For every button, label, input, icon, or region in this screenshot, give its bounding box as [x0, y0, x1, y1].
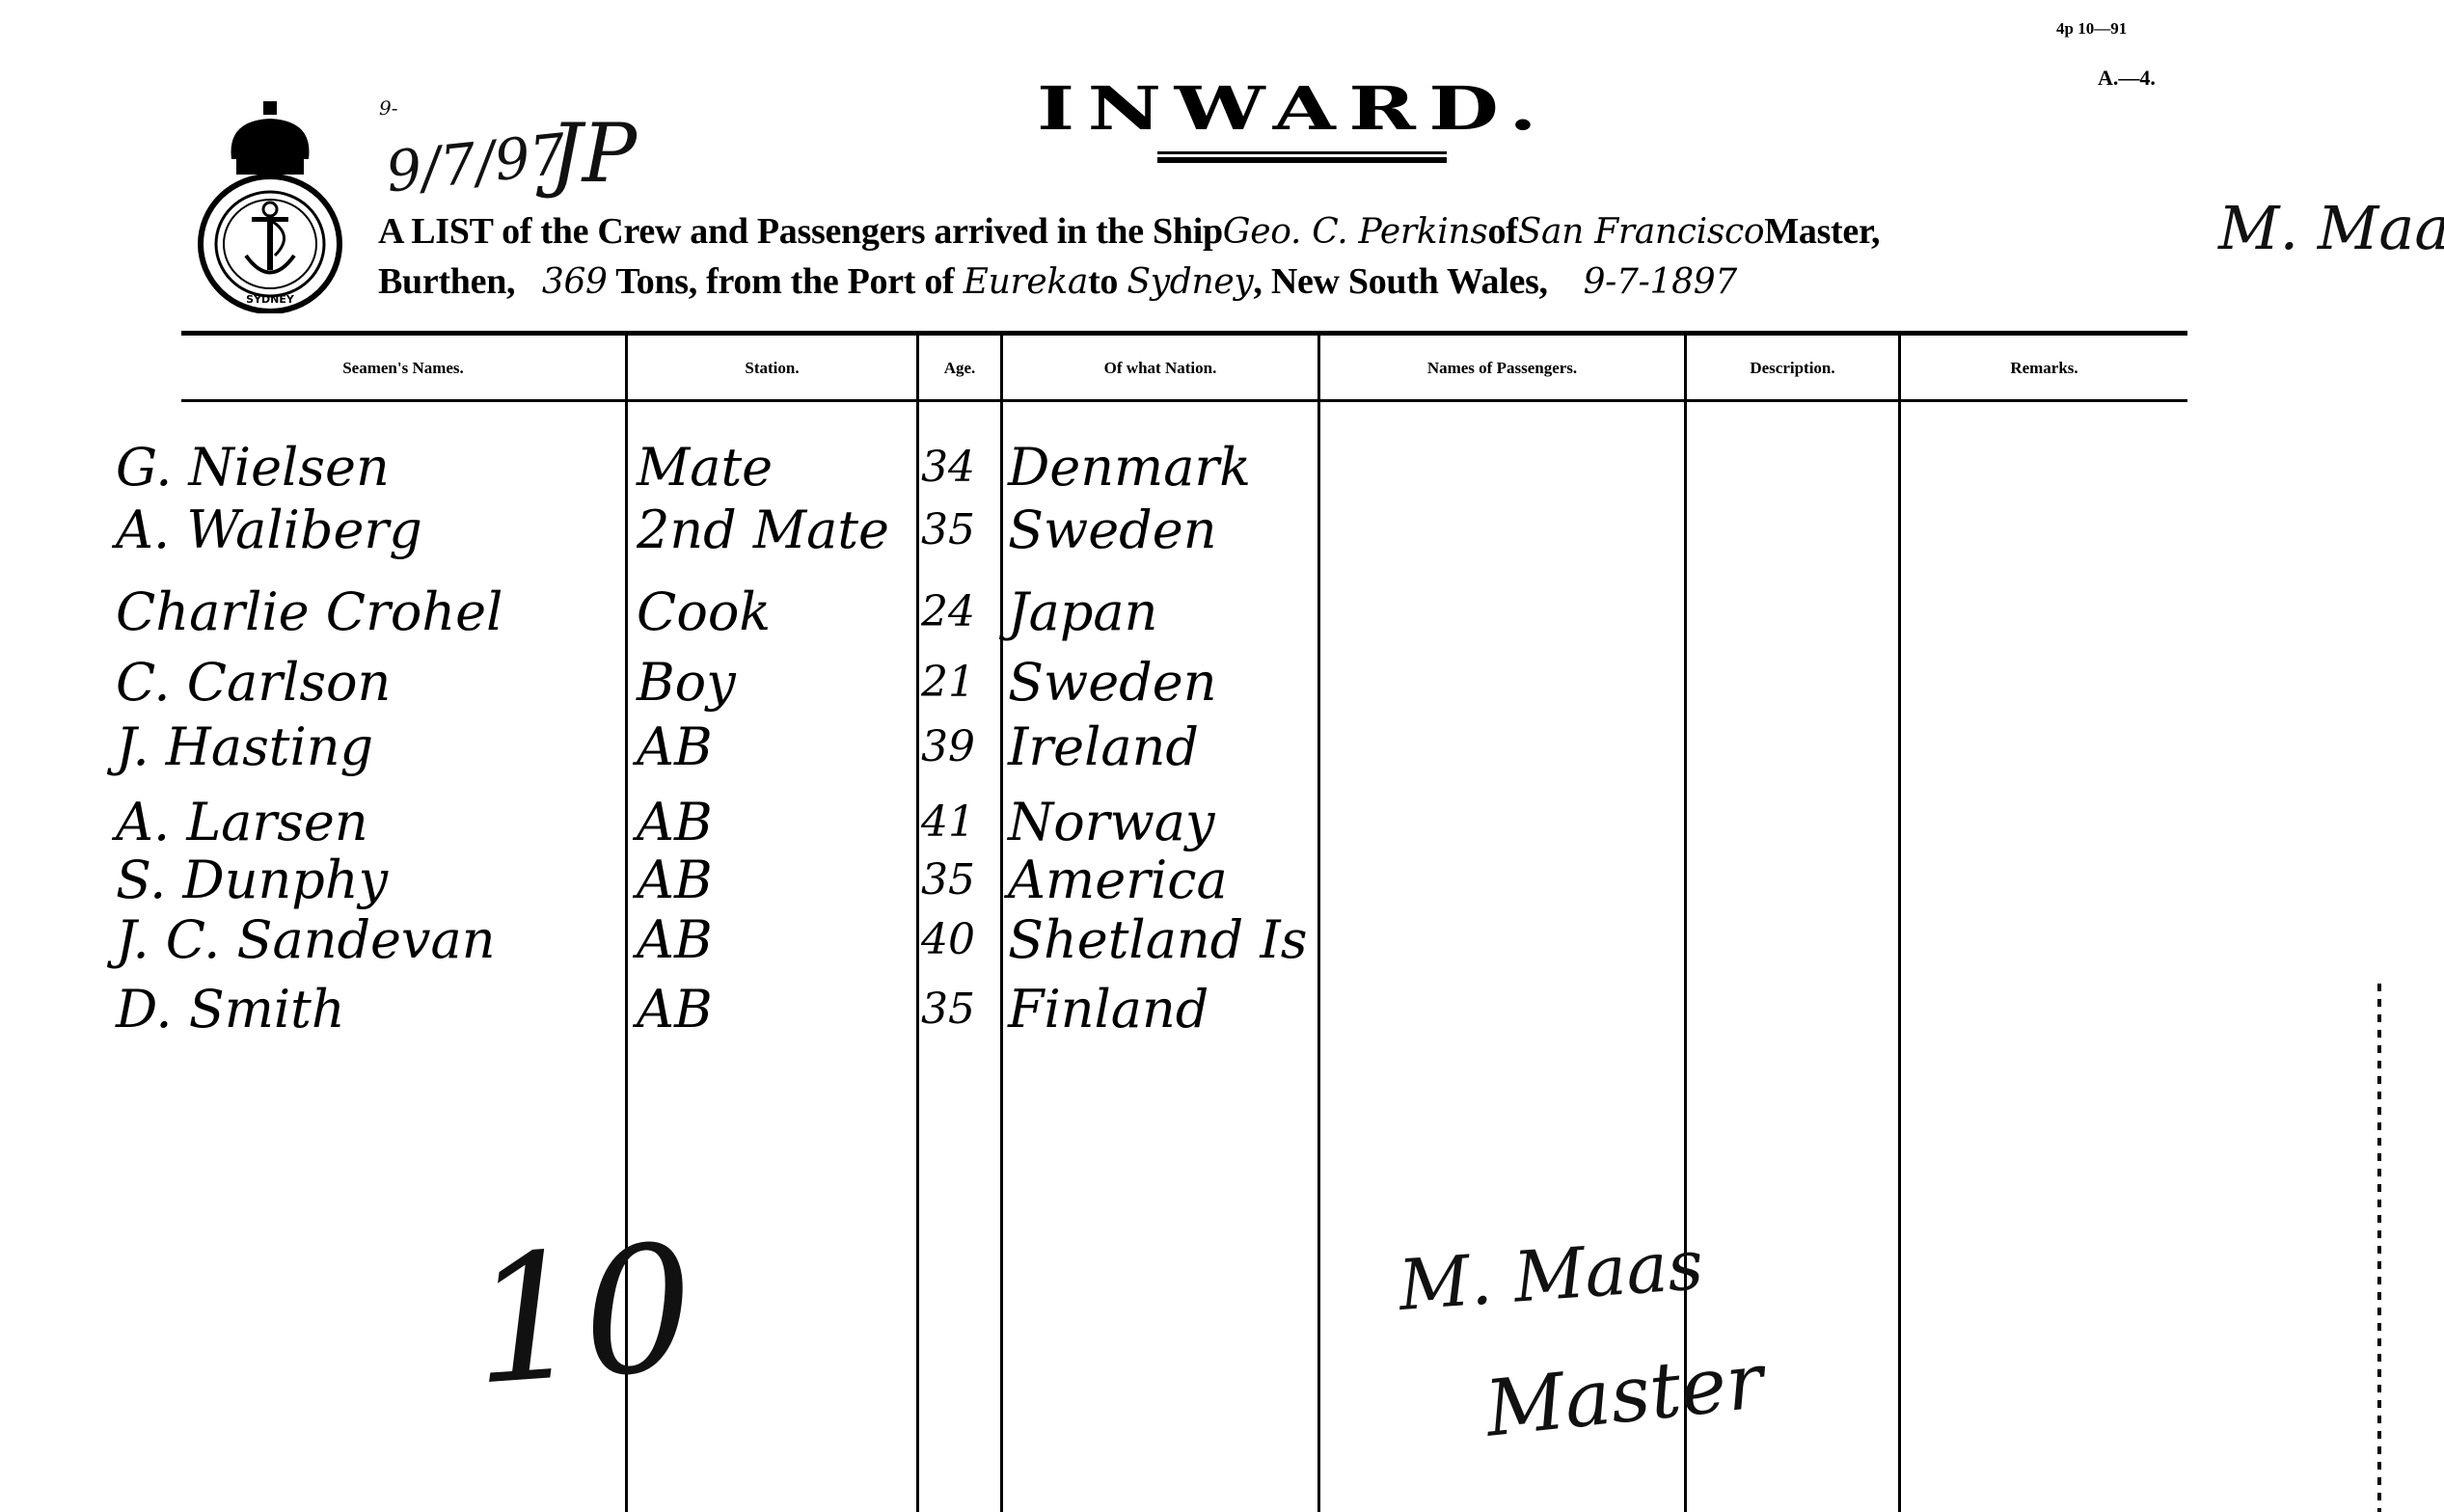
column-header-seamens-names: Seamen's Names. [181, 359, 625, 378]
home-port: San Francisco [1518, 212, 1765, 252]
annotation-date: 9/7/97 [383, 121, 569, 204]
seaman-station: AB [637, 847, 713, 914]
seaman-nation: Japan [1008, 579, 1157, 646]
column-header-age: Age. [919, 359, 1000, 378]
column-header-nation: Of what Nation. [1003, 359, 1317, 378]
state-label: , New South Wales, [1253, 261, 1547, 302]
seaman-name: J. Hasting [116, 714, 373, 781]
seaman-age: 24 [921, 579, 975, 646]
table-top-rule [181, 331, 2187, 336]
column-header-station: Station. [628, 359, 916, 378]
seaman-age: 35 [921, 847, 975, 914]
seaman-name: A. Waliberg [116, 497, 422, 564]
master-name: M. Maas [2218, 193, 2444, 263]
seaman-station: AB [637, 714, 713, 781]
tonnage: 369 [542, 262, 608, 302]
ship-name: Geo. C. Perkins [1223, 212, 1488, 252]
column-header-passengers: Names of Passengers. [1320, 359, 1684, 378]
table-row: A. Waliberg 2nd Mate 35 Sweden [0, 497, 2444, 564]
seaman-nation: Shetland Is [1008, 906, 1307, 974]
seaman-name: C. Carlson [116, 649, 391, 716]
seaman-name: Charlie Crohel [116, 579, 502, 646]
seaman-station: AB [637, 976, 713, 1043]
master-label: Master, [1764, 211, 1880, 252]
seaman-name: J. C. Sandevan [116, 906, 495, 974]
crown-anchor-seal-icon: SYDNEY [198, 101, 342, 313]
list-prefix: A LIST of the Crew and Passengers arrive… [378, 211, 1223, 252]
column-header-description: Description. [1687, 359, 1898, 378]
header-line-2: Burthen, 369 Tons, from the Port of Eure… [378, 260, 1737, 303]
arrival-date: 9-7-1897 [1584, 262, 1737, 302]
burthen-label: Burthen, [378, 261, 515, 302]
seaman-nation: America [1008, 847, 1228, 914]
from-port: Eureka [964, 262, 1088, 302]
seaman-age: 35 [921, 976, 975, 1043]
seaman-name: S. Dunphy [116, 847, 388, 914]
scan-edge-artifact [2377, 984, 2381, 1512]
page-title: INWARD. [1037, 79, 1550, 139]
seaman-station: Boy [637, 649, 736, 716]
title-underline [1157, 151, 1447, 154]
seaman-station: AB [637, 906, 713, 974]
table-row: D. Smith AB 35 Finland [0, 976, 2444, 1043]
seaman-nation: Sweden [1008, 649, 1216, 716]
seaman-age: 40 [921, 906, 975, 974]
annotation-initials: JP [550, 106, 637, 201]
seaman-station: Cook [637, 579, 771, 646]
seaman-name: D. Smith [116, 976, 345, 1043]
seaman-station: Mate [637, 434, 773, 501]
seaman-nation: Denmark [1008, 434, 1251, 501]
crew-tally: 10 [466, 1207, 700, 1423]
to-label: to [1088, 261, 1118, 302]
seaman-name: G. Nielsen [116, 434, 390, 501]
tons-label: Tons, from the Port of [615, 261, 954, 302]
column-header-remarks: Remarks. [1901, 359, 2187, 378]
seaman-nation: Ireland [1008, 714, 1199, 781]
seaman-nation: Sweden [1008, 497, 1216, 564]
seaman-age: 34 [921, 434, 975, 501]
annotation-mark: 9- [379, 96, 397, 120]
signature-name: M. Maas [1396, 1224, 1705, 1326]
table-row: S. Dunphy AB 35 America [0, 847, 2444, 914]
seaman-station: 2nd Mate [637, 497, 889, 564]
table-row: G. Nielsen Mate 34 Denmark [0, 434, 2444, 501]
seaman-age: 35 [921, 497, 975, 564]
seaman-age: 21 [921, 649, 975, 716]
table-row: J. Hasting AB 39 Ireland [0, 714, 2444, 781]
seaman-nation: Finland [1008, 976, 1208, 1043]
svg-text:SYDNEY: SYDNEY [246, 293, 295, 306]
seaman-age: 39 [921, 714, 975, 781]
table-header-rule [181, 399, 2187, 402]
table-row: C. Carlson Boy 21 Sweden [0, 649, 2444, 716]
of-label: of [1488, 211, 1518, 252]
table-row: J. C. Sandevan AB 40 Shetland Is [0, 906, 2444, 974]
signature-title: Master [1481, 1336, 1768, 1454]
sheet-reference: A.—4. [2098, 66, 2156, 91]
table-row: Charlie Crohel Cook 24 Japan [0, 579, 2444, 646]
form-number: 4p 10—91 [2056, 19, 2127, 39]
header-line-1: A LIST of the Crew and Passengers arrive… [378, 210, 1880, 253]
to-port: Sydney [1127, 262, 1253, 302]
title-underline-thick [1157, 157, 1447, 163]
